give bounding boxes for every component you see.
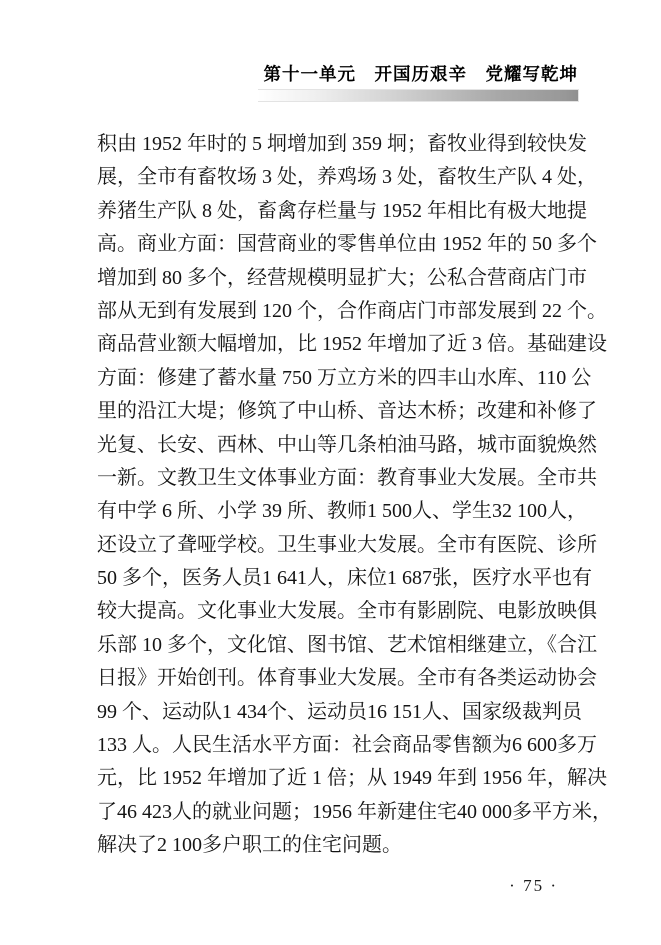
text-line: 99 个、运动队1 434个、运动员16 151人、国家级裁判员	[97, 696, 578, 729]
book-page: 第十一单元 开国历艰辛 党耀写乾坤 积由 1952 年时的 5 坰增加到 359…	[0, 0, 661, 945]
text-line: 乐部 10 多个，文化馆、图书馆、艺术馆相继建立，《合江	[97, 629, 578, 662]
text-line: 还设立了聋哑学校。卫生事业大发展。全市有医院、诊所	[97, 529, 578, 562]
text-line: 较大提高。文化事业大发展。全市有影剧院、电影放映俱	[97, 595, 578, 628]
text-line: 有中学 6 所、小学 39 所、教师1 500人、学生32 100人，	[97, 495, 578, 528]
text-line: 里的沿江大堤；修筑了中山桥、音达木桥；改建和补修了	[97, 395, 578, 428]
body-paragraph: 积由 1952 年时的 5 坰增加到 359 坰；畜牧业得到较快发 展，全市有畜…	[97, 128, 578, 863]
header-divider-bar	[258, 89, 579, 102]
text-line: 展，全市有畜牧场 3 处，养鸡场 3 处，畜牧生产队 4 处，	[97, 161, 578, 194]
text-line: 增加到 80 多个，经营规模明显扩大；公私合营商店门市	[97, 262, 578, 295]
unit-header-title: 第十一单元 开国历艰辛 党耀写乾坤	[264, 61, 579, 86]
text-line: 解决了2 100多户职工的住宅问题。	[97, 829, 578, 862]
text-line: 50 多个，医务人员1 641人，床位1 687张，医疗水平也有	[97, 562, 578, 595]
text-line: 了46 423人的就业问题；1956 年新建住宅40 000多平方米，	[97, 796, 578, 829]
text-line: 高。商业方面：国营商业的零售单位由 1952 年的 50 多个	[97, 228, 578, 261]
text-line: 养猪生产队 8 处，畜禽存栏量与 1952 年相比有极大地提	[97, 195, 578, 228]
text-line: 商品营业额大幅增加，比 1952 年增加了近 3 倍。基础建设	[97, 328, 578, 361]
text-line: 方面：修建了蓄水量 750 万立方米的四丰山水库、110 公	[97, 362, 578, 395]
text-line: 积由 1952 年时的 5 坰增加到 359 坰；畜牧业得到较快发	[97, 128, 578, 161]
text-line: 日报》开始创刊。体育事业大发展。全市有各类运动协会	[97, 662, 578, 695]
page-number: · 75 ·	[509, 876, 558, 896]
text-line: 一新。文教卫生文体事业方面：教育事业大发展。全市共	[97, 462, 578, 495]
text-line: 133 人。人民生活水平方面：社会商品零售额为6 600多万	[97, 729, 578, 762]
text-line: 部从无到有发展到 120 个，合作商店门市部发展到 22 个。	[97, 295, 578, 328]
text-line: 光复、长安、西林、中山等几条柏油马路，城市面貌焕然	[97, 429, 578, 462]
text-line: 元，比 1952 年增加了近 1 倍；从 1949 年到 1956 年，解决	[97, 762, 578, 795]
